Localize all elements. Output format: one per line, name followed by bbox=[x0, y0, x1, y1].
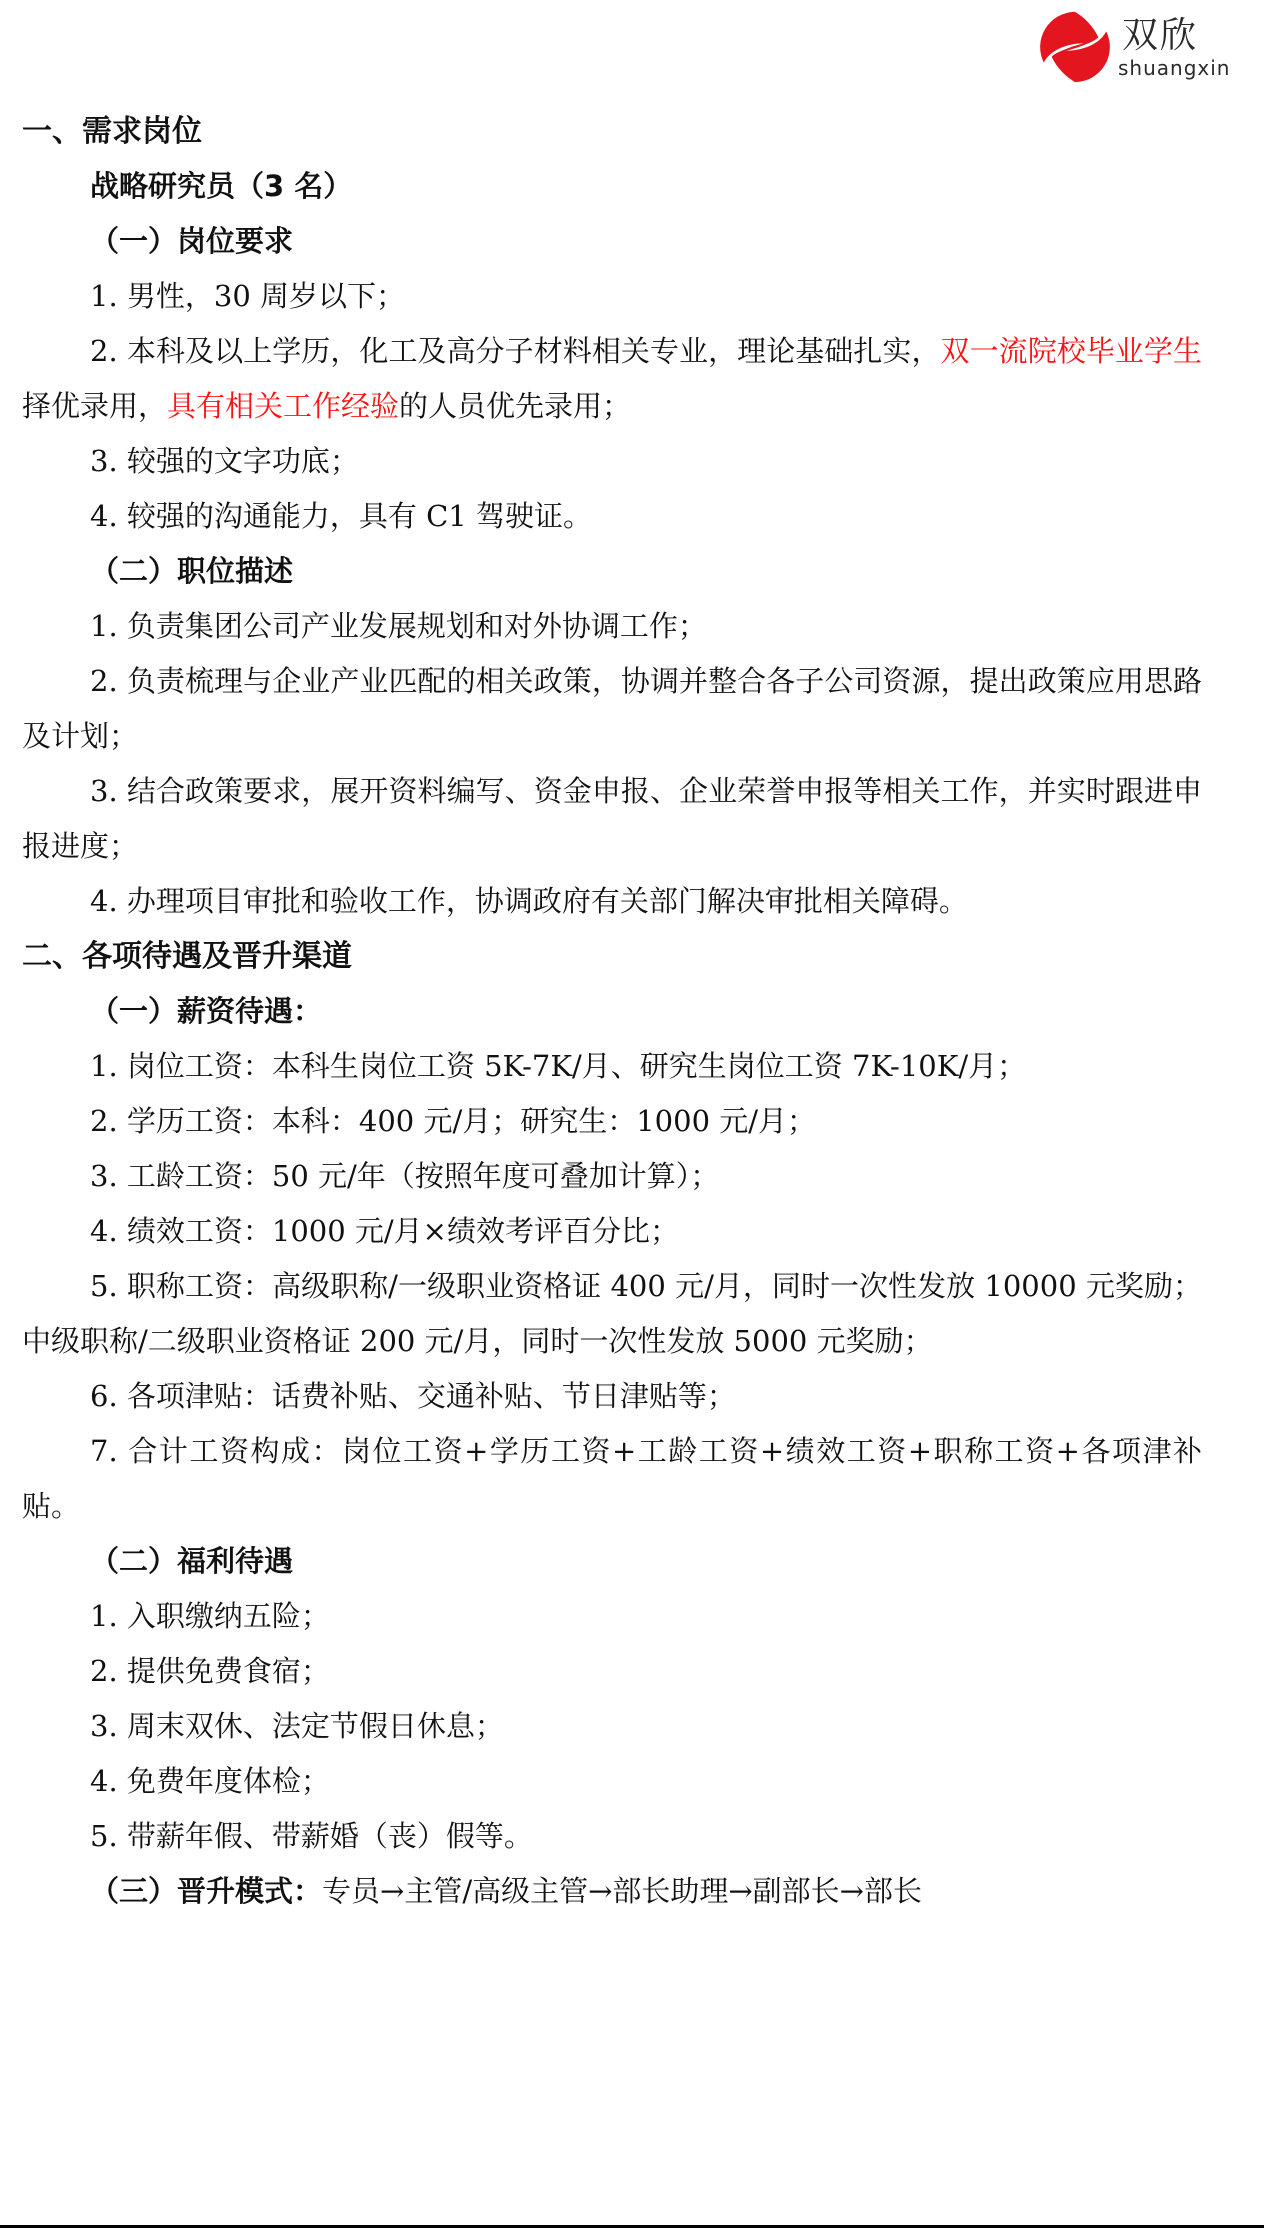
description-item: 1. 负责集团公司产业发展规划和对外协调工作； bbox=[22, 599, 1202, 654]
promotion-line: （三）晋升模式：专员→主管/高级主管→部长助理→副部长→部长 bbox=[22, 1864, 1202, 1919]
requirement-item-education: 2. 本科及以上学历，化工及高分子材料相关专业，理论基础扎实，双一流院校毕业学生… bbox=[22, 324, 1202, 434]
job-posting-document: 一、需求岗位 战略研究员（3 名） （一）岗位要求 1. 男性，30 周岁以下；… bbox=[22, 104, 1202, 1919]
section-title-positions: 一、需求岗位 bbox=[22, 104, 1202, 159]
requirement-item: 3. 较强的文字功底； bbox=[22, 434, 1202, 489]
salary-item: 6. 各项津贴：话费补贴、交通补贴、节日津贴等； bbox=[22, 1369, 1202, 1424]
salary-item: 5. 职称工资：高级职称/一级职业资格证 400 元/月，同时一次性发放 100… bbox=[22, 1259, 1202, 1369]
logo-brand-en: shuangxin bbox=[1118, 56, 1230, 80]
salary-item: 2. 学历工资：本科：400 元/月；研究生：1000 元/月； bbox=[22, 1094, 1202, 1149]
welfare-item: 5. 带薪年假、带薪婚（丧）假等。 bbox=[22, 1809, 1202, 1864]
welfare-item: 1. 入职缴纳五险； bbox=[22, 1589, 1202, 1644]
requirement-text: 择优录用， bbox=[22, 389, 167, 423]
highlight-work-experience: 具有相关工作经验 bbox=[167, 389, 399, 423]
highlight-double-first-class: 双一流院校毕业学生 bbox=[941, 334, 1202, 368]
logo-brand-cn: 双欣 bbox=[1122, 16, 1198, 56]
welfare-item: 3. 周末双休、法定节假日休息； bbox=[22, 1699, 1202, 1754]
section-title-benefits: 二、各项待遇及晋升渠道 bbox=[22, 929, 1202, 984]
salary-item: 3. 工龄工资：50 元/年（按照年度可叠加计算）； bbox=[22, 1149, 1202, 1204]
subsection-title-welfare: （二）福利待遇 bbox=[22, 1534, 1202, 1589]
requirement-text: 的人员优先录用； bbox=[399, 389, 631, 423]
promotion-path: 专员→主管/高级主管→部长助理→副部长→部长 bbox=[322, 1874, 922, 1908]
description-item: 3. 结合政策要求，展开资料编写、资金申报、企业荣誉申报等相关工作，并实时跟进申… bbox=[22, 764, 1202, 874]
requirement-item: 4. 较强的沟通能力，具有 C1 驾驶证。 bbox=[22, 489, 1202, 544]
description-item: 4. 办理项目审批和验收工作，协调政府有关部门解决审批相关障碍。 bbox=[22, 874, 1202, 929]
company-logo: 双欣 shuangxin bbox=[1036, 8, 1236, 88]
subsection-title-salary: （一）薪资待遇： bbox=[22, 984, 1202, 1039]
requirement-text: 2. 本科及以上学历，化工及高分子材料相关专业，理论基础扎实， bbox=[90, 334, 941, 368]
salary-item: 7. 合计工资构成：岗位工资+学历工资+工龄工资+绩效工资+职称工资+各项津补贴… bbox=[22, 1424, 1202, 1534]
salary-item: 1. 岗位工资：本科生岗位工资 5K-7K/月、研究生岗位工资 7K-10K/月… bbox=[22, 1039, 1202, 1094]
shuangxin-logo-icon bbox=[1036, 8, 1114, 86]
description-item: 2. 负责梳理与企业产业匹配的相关政策，协调并整合各子公司资源，提出政策应用思路… bbox=[22, 654, 1202, 764]
welfare-item: 2. 提供免费食宿； bbox=[22, 1644, 1202, 1699]
subsection-title-description: （二）职位描述 bbox=[22, 544, 1202, 599]
salary-item: 4. 绩效工资：1000 元/月×绩效考评百分比； bbox=[22, 1204, 1202, 1259]
requirement-item: 1. 男性，30 周岁以下； bbox=[22, 269, 1202, 324]
welfare-item: 4. 免费年度体检； bbox=[22, 1754, 1202, 1809]
subsection-title-promotion: （三）晋升模式： bbox=[90, 1874, 322, 1908]
subsection-title-requirements: （一）岗位要求 bbox=[22, 214, 1202, 269]
position-title: 战略研究员（3 名） bbox=[22, 159, 1202, 214]
